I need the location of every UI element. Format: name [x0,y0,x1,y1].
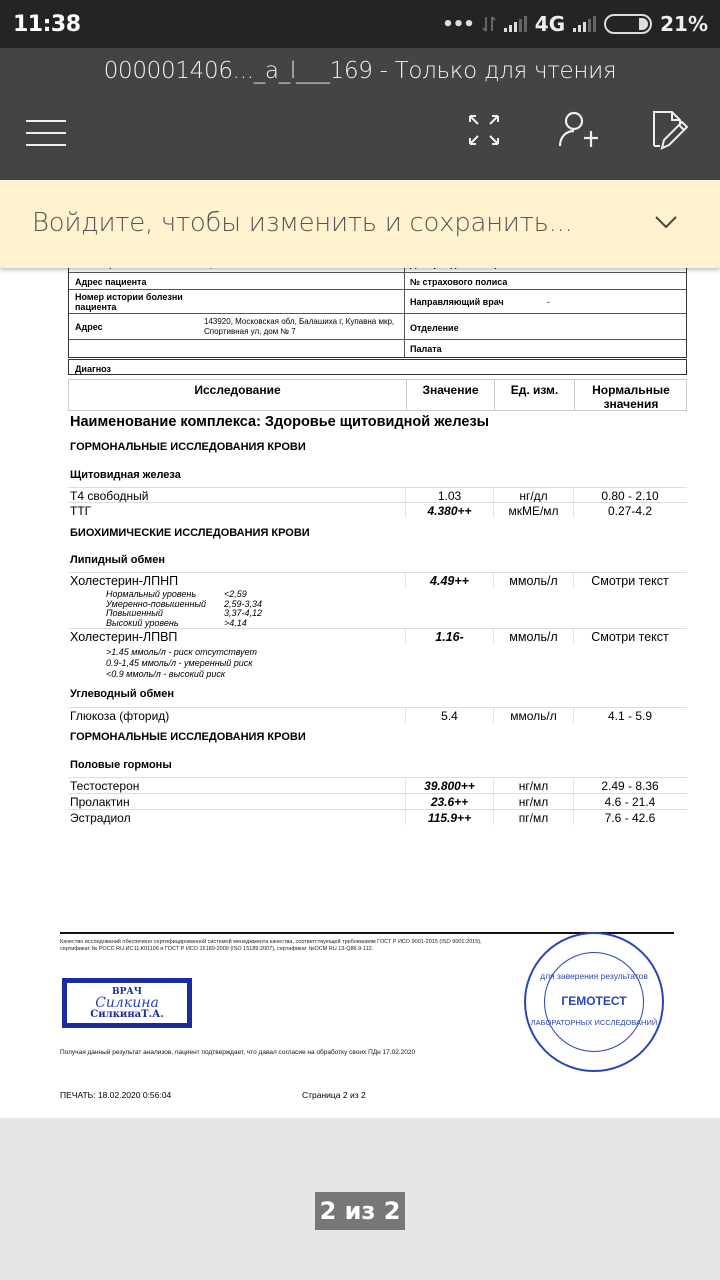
document-page[interactable]: Пол пациента мужской Дата рождения пацие… [0,268,720,1118]
status-bar: 11:38 ••• 4G 21% [0,0,720,48]
ldl-reference-notes: Нормальный уровень<2,59 Умеренно-повышен… [106,590,262,628]
hdl-reference-notes: >1.45 ммоль/л - риск отсутствует 0.9-1,4… [106,647,257,680]
test-unit: мкМЕ/мл [493,503,573,518]
test-value-abnormal: 4.49++ [405,573,493,588]
test-unit: пг/мл [493,810,573,825]
test-normal-range: 7.6 - 42.6 [573,810,686,825]
label-sex: Пол пациента [75,268,136,269]
menu-icon-bar [26,132,66,134]
patient-row: Адрес 143920, Московская обл, Балашиха г… [69,314,686,340]
value-sex: мужской [204,268,236,270]
lab-seal: для заверения результатов ГЕМОТЕСТ ЛАБОР… [524,932,664,1072]
test-unit: нг/мл [493,794,573,809]
test-value: 1.03 [405,488,493,503]
label-medical-record: Номер истории болезни пациента [75,292,200,312]
label-insurance-number: № страхового полиса [410,277,507,287]
note-line: Высокий уровень>4,14 [106,619,262,629]
subsection-heading: Липидный обмен [70,554,165,566]
test-name: Пролактин [70,795,130,809]
status-icons: ••• 4G 21% [442,12,708,36]
diagnosis-label: Диагноз [75,364,111,374]
edit-document-icon[interactable] [648,108,692,152]
test-value: 5.4 [405,708,493,723]
sign-in-banner-text: Войдите, чтобы изменить и сохранить... [32,208,573,238]
value-address: 143920, Московская обл, Балашиха г, Купа… [204,317,399,337]
fullscreen-icon[interactable] [462,108,506,152]
certification-text: Качество исследований обеспечено сертифи… [60,939,510,953]
label-birthdate: Дата рождения пациента [410,268,521,269]
note-line: <0.9 ммоль/л - высокий риск [106,669,257,680]
more-notifications-icon: ••• [442,14,474,35]
result-row: Т4 свободный 1.03 нг/дл 0.80 - 2.10 [68,487,687,503]
label-address: Адрес [75,322,103,332]
doctor-signature: Силкина [73,997,181,1009]
doctor-stamp: ВРАЧ Силкина СилкинаТ.А. [62,978,192,1028]
consent-text: Получая данный результат анализов, пацие… [60,1049,415,1056]
test-normal-range: 2.49 - 8.36 [573,778,686,793]
menu-icon [26,120,66,122]
sign-in-banner[interactable]: Войдите, чтобы изменить и сохранить... [0,180,720,268]
section-heading: ГОРМОНАЛЬНЫЕ ИССЛЕДОВАНИЯ КРОВИ [70,441,306,453]
header-value: Значение [406,380,494,410]
test-unit: ммоль/л [493,629,573,644]
test-normal-range: 4.6 - 21.4 [573,794,686,809]
chevron-down-icon[interactable] [654,214,678,230]
subsection-heading: Половые гормоны [70,759,172,771]
signal-strength-icon-1 [504,16,527,32]
test-name: Глюкоза (фторид) [70,709,169,723]
note-line: 0.9-1,45 ммоль/л - умеренный риск [106,658,257,669]
seal-brand: ГЕМОТЕСТ [526,994,662,1008]
app-bar: 000001406..._a_l___169 - Только для чтен… [0,48,720,180]
divider [404,273,405,289]
test-normal-range: Смотри текст [573,629,686,644]
note-range: >4,14 [224,618,247,628]
test-unit: нг/мл [493,778,573,793]
test-name: Т4 свободный [70,489,149,503]
result-row: Тестостерон 39.800++ нг/мл 2.49 - 8.36 [68,777,687,793]
battery-icon [604,14,652,34]
result-row: Холестерин-ЛПНП 4.49++ ммоль/л Смотри те… [68,572,687,588]
divider [404,290,405,313]
label-referring-doctor: Направляющий врач [410,297,504,307]
note-label: Высокий уровень [106,619,224,629]
label-department: Отделение [410,323,459,333]
result-row: Эстрадиол 115.9++ пг/мл 7.6 - 42.6 [68,809,687,825]
test-normal-range: 0.80 - 2.10 [573,488,686,503]
section-heading: БИОХИМИЧЕСКИЕ ИССЛЕДОВАНИЯ КРОВИ [70,527,310,539]
seal-bottom-text: ЛАБОРАТОРНЫХ ИССЛЕДОВАНИЙ [526,1018,662,1027]
result-row: Глюкоза (фторид) 5.4 ммоль/л 4.1 - 5.9 [68,707,687,723]
divider [404,268,405,272]
results-table-header: Исследование Значение Ед. изм. Нормальны… [68,379,687,411]
signal-strength-icon-2 [573,16,596,32]
test-unit: ммоль/л [493,573,573,588]
test-unit: ммоль/л [493,708,573,723]
header-unit: Ед. изм. [494,380,574,410]
label-ward: Палата [410,344,442,354]
note-line: >1.45 ммоль/л - риск отсутствует [106,647,257,658]
print-timestamp: ПЕЧАТЬ: 18.02.2020 0:56:04 [60,1090,171,1100]
network-type: 4G [535,12,565,36]
diagnosis-row: Диагноз [68,359,687,375]
doctor-name: СилкинаТ.А. [73,1009,181,1020]
patient-info-table: Пол пациента мужской Дата рождения пацие… [68,268,687,358]
test-value-abnormal: 4.380++ [405,503,493,518]
share-person-icon[interactable] [556,108,600,152]
subsection-heading: Щитовидная железа [70,469,181,481]
header-normal: Нормальные значения [574,380,687,410]
divider [404,314,405,339]
patient-row: Адрес пациента № страхового полиса [69,273,686,290]
test-value-abnormal: 1.16- [405,629,493,644]
note-range: <2,59 [224,589,247,599]
patient-row: Палата [69,340,686,357]
menu-icon-bar [26,144,66,146]
test-name: Эстрадиол [70,811,131,825]
test-value-abnormal: 39.800++ [405,778,493,793]
doctor-stamp-content: ВРАЧ Силкина СилкинаТ.А. [73,987,181,1019]
label-patient-address: Адрес пациента [75,277,146,287]
test-value-abnormal: 23.6++ [405,794,493,809]
result-row: ТТГ 4.380++ мкМЕ/мл 0.27-4.2 [68,502,687,518]
divider [404,340,405,357]
test-normal-range: 4.1 - 5.9 [573,708,686,723]
battery-percent: 21% [660,12,708,36]
test-unit: нг/дл [493,488,573,503]
page-number-text: Страница 2 из 2 [302,1090,366,1100]
subsection-heading: Углеводный обмен [70,688,174,700]
seal-top-text: для заверения результатов [526,972,662,981]
test-name: Тестостерон [70,779,139,793]
test-name: ТТГ [70,504,91,518]
test-name: Холестерин-ЛПВП [70,630,177,644]
complex-name: Наименование комплекса: Здоровье щитовид… [70,414,489,430]
test-normal-range: Смотри текст [573,573,686,588]
test-normal-range: 0.27-4.2 [573,503,686,518]
test-value-abnormal: 115.9++ [405,810,493,825]
note-range: 2,59-3,34 [224,599,262,609]
page-indicator: 2 из 2 [315,1192,405,1230]
result-row: Холестерин-ЛПВП 1.16- ммоль/л Смотри тек… [68,628,687,644]
patient-row: Номер истории болезни пациента Направляю… [69,290,686,314]
result-row: Пролактин 23.6++ нг/мл 4.6 - 21.4 [68,793,687,809]
menu-button[interactable] [26,120,66,148]
clock: 11:38 [13,12,81,37]
value-referring-doctor: - [547,297,550,307]
section-heading: ГОРМОНАЛЬНЫЕ ИССЛЕДОВАНИЯ КРОВИ [70,731,306,743]
data-transfer-icon [482,15,496,33]
test-name: Холестерин-ЛПНП [70,574,178,588]
document-title: 000001406..._a_l___169 - Только для чтен… [0,58,720,84]
header-test: Исследование [69,383,406,397]
note-range: 3,37-4,12 [224,608,262,618]
